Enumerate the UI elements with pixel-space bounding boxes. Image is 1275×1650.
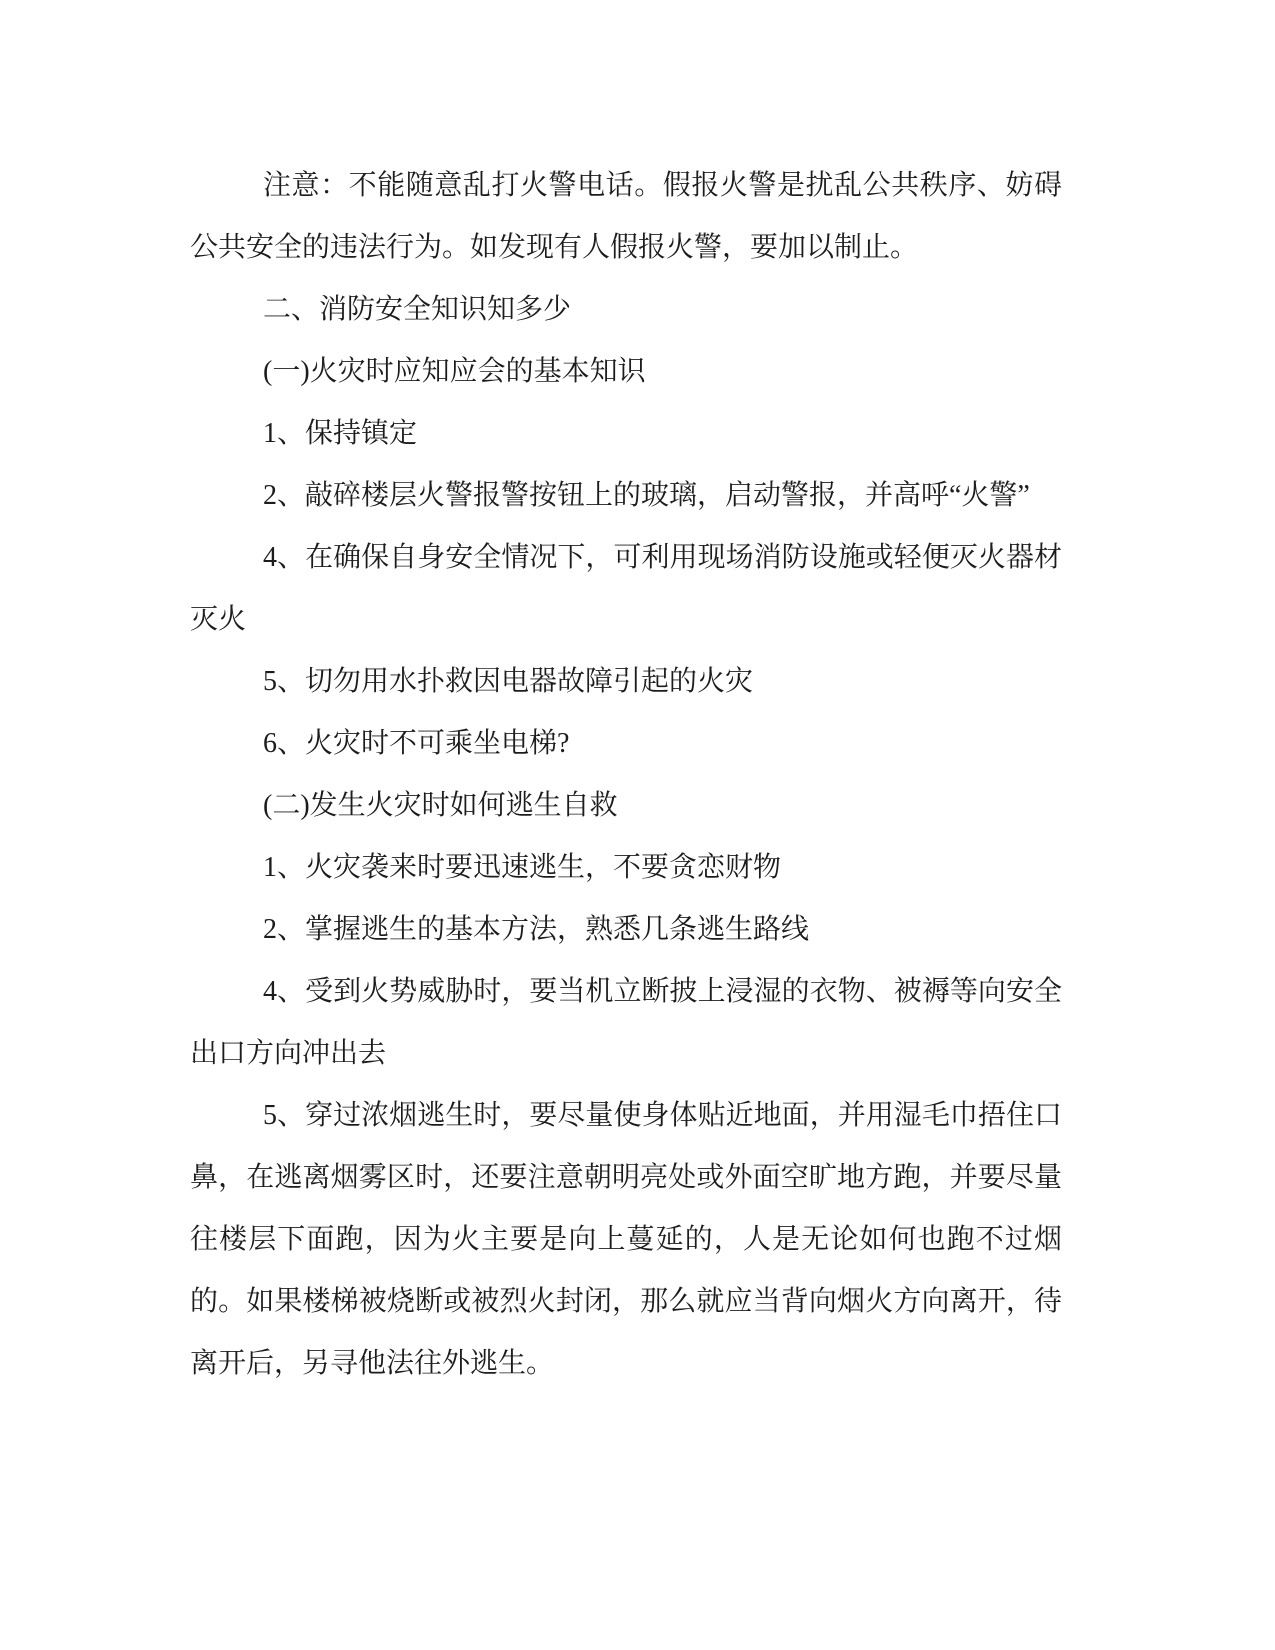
paragraph-fire-call-warning: 注意：不能随意乱打火警电话。假报火警是扰乱公共秩序、妨碍公共安全的违法行为。如发… (190, 155, 1062, 279)
list-item-crawl-through-smoke: 5、穿过浓烟逃生时，要尽量使身体贴近地面，并用湿毛巾捂住口鼻，在逃离烟雾区时，还… (190, 1085, 1062, 1395)
subsection-heading-basic-knowledge: (一)火灾时应知应会的基本知识 (190, 341, 1062, 403)
list-item-know-escape-routes: 2、掌握逃生的基本方法，熟悉几条逃生路线 (190, 899, 1062, 961)
document-body: 注意：不能随意乱打火警电话。假报火警是扰乱公共秩序、妨碍公共安全的违法行为。如发… (190, 155, 1062, 1395)
list-item-break-alarm-glass: 2、敲碎楼层火警报警按钮上的玻璃，启动警报，并高呼“火警” (190, 465, 1062, 527)
list-item-use-extinguisher: 4、在确保自身安全情况下，可利用现场消防设施或轻便灭火器材灭火 (190, 527, 1062, 651)
section-heading-fire-safety-knowledge: 二、消防安全知识知多少 (190, 279, 1062, 341)
list-item-wet-clothes-to-exit: 4、受到火势威胁时，要当机立断披上浸湿的衣物、被褥等向安全出口方向冲出去 (190, 961, 1062, 1085)
list-item-escape-quickly: 1、火灾袭来时要迅速逃生，不要贪恋财物 (190, 837, 1062, 899)
document-page: 注意：不能随意乱打火警电话。假报火警是扰乱公共秩序、妨碍公共安全的违法行为。如发… (0, 0, 1275, 1650)
subsection-heading-escape-self-rescue: (二)发生火灾时如何逃生自救 (190, 775, 1062, 837)
list-item-no-water-on-electrical-fire: 5、切勿用水扑救因电器故障引起的火灾 (190, 651, 1062, 713)
list-item-keep-calm: 1、保持镇定 (190, 403, 1062, 465)
list-item-no-elevator: 6、火灾时不可乘坐电梯? (190, 713, 1062, 775)
